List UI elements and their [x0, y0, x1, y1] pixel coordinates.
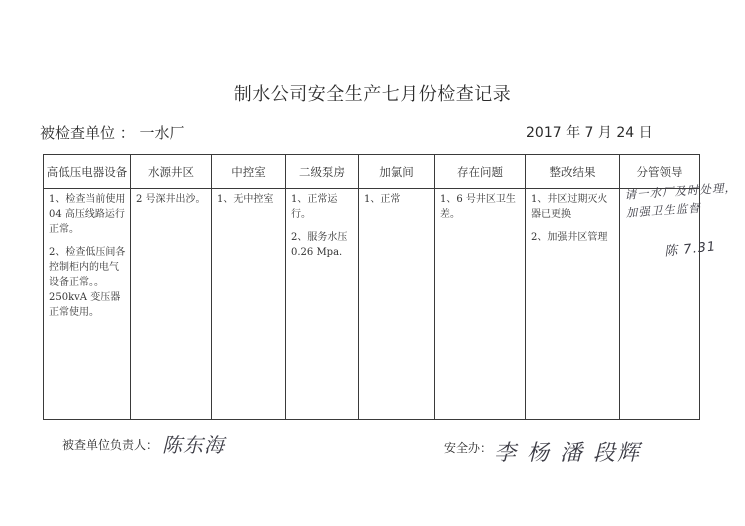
cell-electrical: 1、检查当前使用04 高压线路运行正常。 2、检查低压间各控制柜内的电气设备正常…: [44, 189, 131, 420]
rectification-item-2: 2、加强井区管理: [531, 230, 615, 245]
responsible-person-line: 被查单位负责人：陈东海: [62, 426, 225, 455]
header-electrical: 高低压电器设备: [44, 155, 131, 189]
cell-chlorination: 1、正常: [359, 189, 435, 420]
inspection-table: 高低压电器设备 水源井区 中控室 二级泵房 加氯间 存在问题 整改结果 分管领导…: [43, 154, 700, 420]
control-room-item-1: 1、无中控室: [217, 192, 281, 207]
responsible-person-label: 被查单位负责人：: [62, 438, 158, 452]
document-title: 制水公司安全生产七月份检查记录: [0, 80, 745, 106]
responsible-person-signature: 陈东海: [162, 433, 225, 457]
cell-well-area: 2 号深井出沙。: [131, 189, 212, 420]
well-area-item-1: 2 号深井出沙。: [136, 192, 207, 207]
leader-handwritten-signature: 陈 7.31: [663, 235, 717, 259]
inspection-date: 2017 年 7 月 24 日: [526, 122, 653, 142]
table-row: 1、检查当前使用04 高压线路运行正常。 2、检查低压间各控制柜内的电气设备正常…: [44, 189, 700, 420]
electrical-item-1: 1、检查当前使用04 高压线路运行正常。: [49, 192, 126, 237]
pump-house-item-1: 1、正常运行。: [291, 192, 354, 222]
safety-office-line: 安全办：李 杨 潘 段辉: [444, 428, 641, 459]
header-row: 高低压电器设备 水源井区 中控室 二级泵房 加氯间 存在问题 整改结果 分管领导: [44, 155, 700, 189]
problems-item-1: 1、6 号井区卫生差。: [440, 192, 521, 222]
pump-house-item-2: 2、服务水压 0.26 Mpa.: [291, 230, 354, 260]
cell-pump-house: 1、正常运行。 2、服务水压 0.26 Mpa.: [286, 189, 359, 420]
header-chlorination: 加氯间: [359, 155, 435, 189]
header-well-area: 水源井区: [131, 155, 212, 189]
chlorination-item-1: 1、正常: [364, 192, 430, 207]
cell-leader: [620, 189, 700, 420]
rectification-item-1: 1、井区过期灭火器已更换: [531, 192, 615, 222]
safety-office-label: 安全办：: [444, 441, 492, 455]
header-rectification: 整改结果: [526, 155, 620, 189]
header-pump-house: 二级泵房: [286, 155, 359, 189]
cell-control-room: 1、无中控室: [212, 189, 286, 420]
header-control-room: 中控室: [212, 155, 286, 189]
header-problems: 存在问题: [435, 155, 526, 189]
safety-office-signatures: 李 杨 潘 段辉: [494, 441, 641, 466]
electrical-item-2: 2、检查低压间各控制柜内的电气设备正常。。250kvA 变压器正常使用。: [49, 245, 126, 320]
cell-problems: 1、6 号井区卫生差。: [435, 189, 526, 420]
cell-rectification: 1、井区过期灭火器已更换 2、加强井区管理: [526, 189, 620, 420]
leader-handwritten-note: 请一水厂及时处理，加强卫生监督: [624, 178, 745, 222]
inspected-unit: 被检查单位 ： 一水厂: [40, 122, 185, 143]
